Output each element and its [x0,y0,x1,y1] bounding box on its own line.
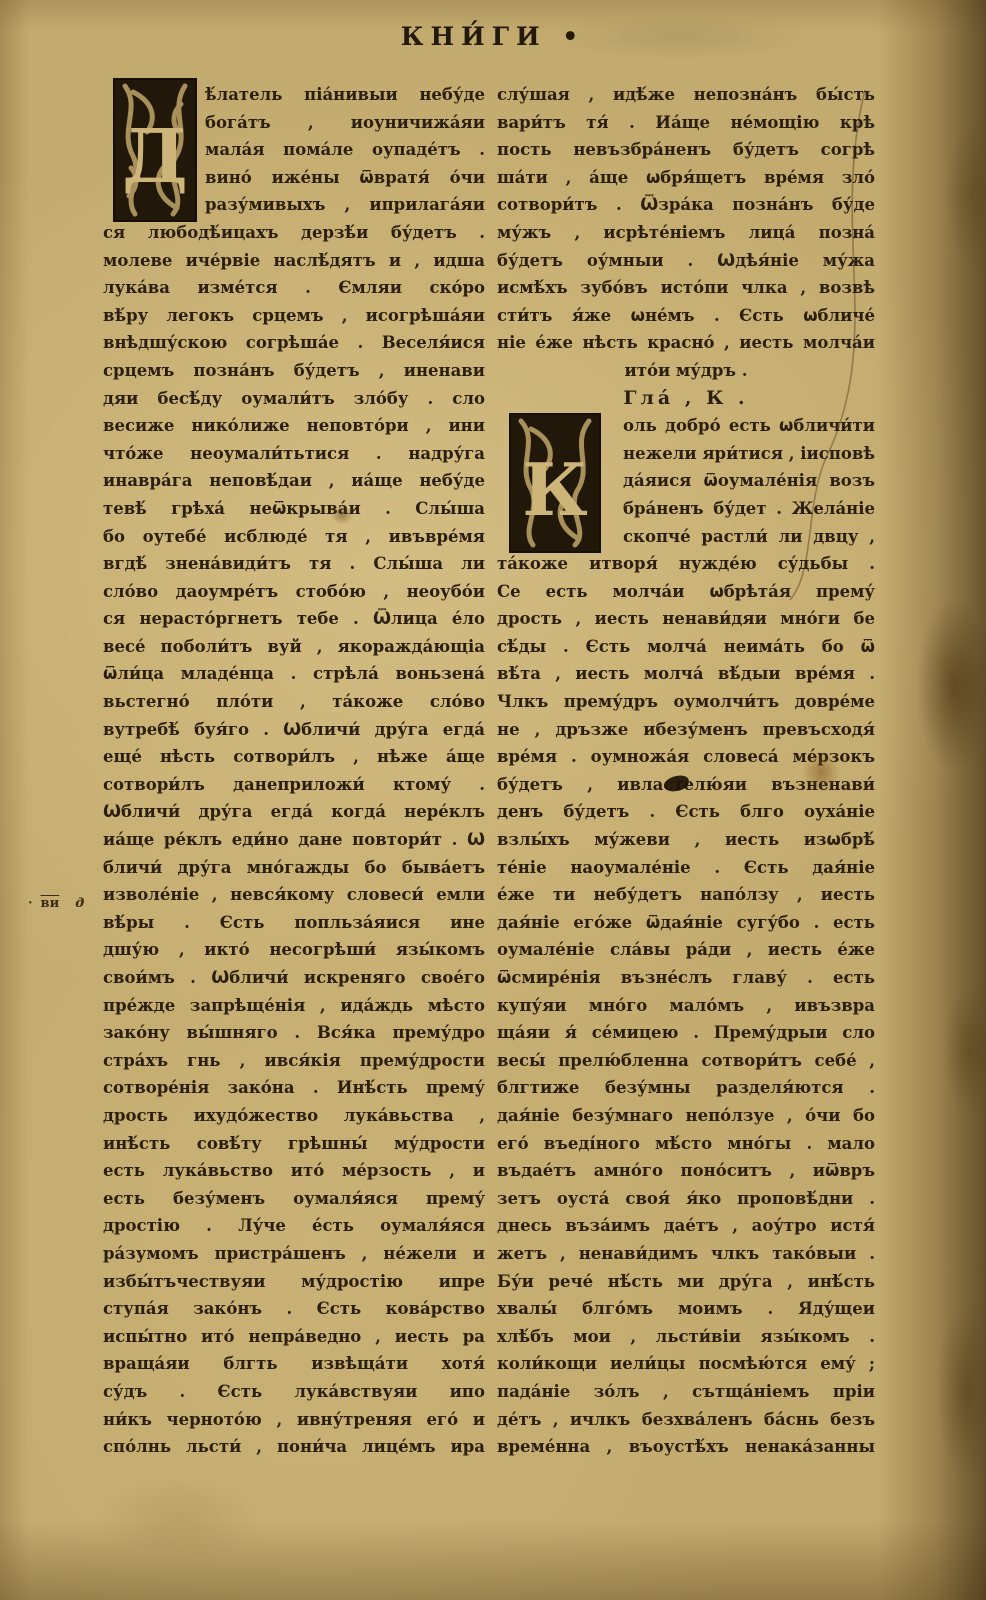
text-line: зако́ну вы́шняго . Вся́ка прему́дро [103,1019,485,1047]
text-line: Ѡбличи́ дру́га егда́ когда́ нере́клъ [103,798,485,826]
text-line: сотвори́лъ данеприложи́ ктому́ . [103,771,485,799]
paper-crack-line [770,80,890,610]
text-line: вутребѣ́ буя́го . Ѡбличи́ дру́га егда́ [103,716,485,744]
text-line: коли́кощи иели́цы посмѣю́тся ему́ ; [497,1350,875,1378]
text-line: ступа́я зако́нъ . Єсть кова́рство [103,1295,485,1323]
text-line: вѣ́ру легокъ срцемъ , исогрѣша́яи [103,302,485,330]
text-line: дая́ніе безу́мнаго непо́лзуе , о́чи бо [497,1102,875,1130]
text-line: хлѣ́бъ мои , льсти́віи язы́комъ . [497,1323,875,1351]
text-line: ща́яи я́ се́мицею . Прему́дрыи сло [497,1019,875,1047]
text-line: мала́я пома́ле оупаде́тъ . [205,136,485,164]
text-line: разу́мивыхъ , иприлага́яи [205,191,485,219]
text-line: есть лука́вьство ито́ ме́рзость , и [103,1157,485,1185]
drop-cap-initial-k: К [509,413,601,553]
text-line: тевѣ́ грѣха́ неѿкрыва́и . Слы́ша [103,495,485,523]
text-line: ѿли́ца младе́нца . стрѣла́ воньзена́ [103,660,485,688]
stain [916,598,986,773]
text-line: весе́ поболи́тъ вуй , якоражда́ющіа [103,633,485,661]
text-line: изволе́ніе , невся́кому словеси́ емли [103,881,485,909]
text-line: Бу́и рече́ нѣ́сть ми дру́га , инѣ́сть [497,1268,875,1296]
stain [936,1300,986,1480]
text-line: срцемъ позна́нъ бу́детъ , иненави [103,357,485,385]
text-line: враща́яи блгть извѣща́ти хотя́ [103,1350,485,1378]
text-line: су́дъ . Єсть лука́вствуяи ипо [103,1378,485,1406]
woodcut-initial-d: Д [113,78,197,222]
text-line: что́же неоумали́тьтися . надру́га [103,440,485,468]
text-line: дяи бесѣ́ду оумали́тъ зло́бу . сло [103,385,485,413]
text-line: дая́ніе его́же ѿдая́ніе сугу́бо . есть [497,909,875,937]
drop-cap-letter-d: Д [122,114,188,200]
text-line: вѣ́та , иесть молча́ вѣ́дыи вре́мя . [497,660,875,688]
text-line: вьстегно́ пло́ти , та́коже сло́во [103,688,485,716]
text-line: вгдѣ́ знена́види́тъ тя . Слы́ша ли [103,550,485,578]
text-line: лука́ва изме́тся . Ємляи ско́ро [103,274,485,302]
text-line: инавра́га неповѣ́даи , иа́ще небу́де [103,467,485,495]
text-line: стра́хъ гнь , ився́кія прему́дрости [103,1047,485,1075]
running-title: КНИ́ГИ • [0,22,986,51]
text-line: сотворе́нія зако́на . Инѣ́сть прему́ [103,1074,485,1102]
margin-note-ref2: д [75,896,84,911]
right-full-lines: та́коже итворя́ нужде́ю су́дьбы .Се есть… [497,550,875,1461]
text-line: не , дръзже ибезу́менъ превъсходя́ [497,716,875,744]
text-line: внѣдшу́скою согрѣша́е . Веселя́ися [103,329,485,357]
text-line: бличи́ дру́га мно́гажды бо быва́етъ [103,854,485,882]
text-line: де́тъ , ичлкъ безхва́ленъ ба́снь безъ [497,1406,875,1434]
text-line: купу́яи мно́го мало́мъ , ивъзвра [497,992,875,1020]
text-line: бо оутебе́ исблюде́ тя , ивъвре́мя [103,523,485,551]
text-line: бога́тъ , иоуничижа́яи [205,109,485,137]
text-line: весиже нико́лиже неповто́ри , ини [103,412,485,440]
text-line: есть безу́менъ оумаля́яся прему́ [103,1185,485,1213]
text-line: те́ніе наоумале́ніе . Єсть дая́ніе [497,854,875,882]
text-line: ни́къ черното́ю , ивну́треняя его́ и [103,1406,485,1434]
text-line: свои́мъ . Ѡбличи́ искреняго свое́го [103,964,485,992]
text-line: време́нна , въоустѣ́хъ ненака́занны [497,1433,875,1461]
text-line: вре́мя . оумножа́я словеса́ ме́рзокъ [497,743,875,771]
text-line: днесь въза́имъ дае́тъ , аоу́тро истя́ [497,1212,875,1240]
text-line: испы́тно ито́ непра́ведно , иесть ра [103,1323,485,1351]
text-line: ра́зумомъ пристра́шенъ , не́жели и [103,1240,485,1268]
text-line: избы́тъчествуяи му́дростію ипре [103,1268,485,1296]
text-line: ѣ́латель піа́нивыи небу́де [205,81,485,109]
text-line: спо́лнь льсти́ , пони́ча лице́мъ ира [103,1433,485,1461]
text-line: сѣ́ды . Єсть молча́ неима́ть бо ѿ [497,633,875,661]
text-line: пре́жде запрѣще́нія , ида́ждь мѣсто [103,992,485,1020]
stain [942,985,986,1115]
margin-note: ·вид [28,896,118,911]
text-line: весы́ прелю́бленна сотвори́тъ себе́ , [497,1047,875,1075]
text-line: иа́ще ре́клъ еди́но дане повтори́т . Ѡ [103,826,485,854]
text-line: ся нерасто́ргнетъ тебе . Ѿлица е́ло [103,605,485,633]
text-line: е́же ти небу́детъ напо́лзу , иесть [497,881,875,909]
text-line: ся любодѣ́ицахъ дерзѣ́и бу́детъ . [103,219,485,247]
stain [75,1462,285,1577]
text-line: жетъ , ненави́димъ члкъ тако́выи . [497,1240,875,1268]
text-line: вино́ иже́ны ѿвратя́ о́чи [205,164,485,192]
text-line: дростію . Лу́че е́сть оумаля́яся [103,1212,485,1240]
book-page: КНИ́ГИ • Д ѣ́латель піа́нивыи небу́дебог… [0,0,986,1600]
text-line: денъ бу́детъ . Єсть блго оуха́ніе [497,798,875,826]
text-line: оумале́ніе сла́вы ра́ди , иесть е́же [497,936,875,964]
text-line: сло́во даоумре́тъ стобо́ю , неоубо́и [103,578,485,606]
drop-cap-initial-d: Д [113,78,197,222]
drop-cap-letter-k: К [522,447,588,532]
text-line: бу́детъ , ивластелю́яи възненави́ [497,771,875,799]
woodcut-initial-k: К [509,413,601,553]
text-line: инѣ́сть совѣ́ту грѣшны́ му́дрости [103,1130,485,1158]
text-line: въдае́тъ амно́го поно́ситъ , иѿвръ [497,1157,875,1185]
text-line: зетъ оуста́ своя́ я́ко проповѣ́дни . [497,1185,875,1213]
margin-note-mark: · [28,896,33,911]
text-line: хвалы́ блго́мъ моимъ . Яду́щеи [497,1295,875,1323]
stain [945,120,986,270]
text-line: взлы́хъ му́жеви , иесть изѡбрѣ́ [497,826,875,854]
text-line: Члкъ прему́дръ оумолчи́тъ довре́ме [497,688,875,716]
text-line: еще́ нѣсть сотвори́лъ , нѣже а́ще [103,743,485,771]
text-line: его́ въеді́ного мѣ́сто мно́гы . мало [497,1130,875,1158]
margin-note-ref1: ви [41,896,60,911]
left-column: Д ѣ́латель піа́нивыи небу́дебога́тъ , ио… [103,81,485,1461]
text-line: дшу́ю , икто́ несогрѣши́ язы́комъ [103,936,485,964]
text-line: дрость ихудо́жество лука́вьства , [103,1102,485,1130]
text-line: ѿсмире́нія възне́слъ главу́ . есть [497,964,875,992]
text-line: молеве иче́рвіе наслѣ́дятъ и , идша [103,247,485,275]
text-line: пада́ніе зо́лъ , сътща́ніемъ пріи [497,1378,875,1406]
text-line: блгтиже безу́мны разделя́ются . [497,1074,875,1102]
left-full-lines: ся любодѣ́ицахъ дерзѣ́и бу́детъ .молеве … [103,219,485,1461]
text-line: вѣ́ры . Єсть попльза́яися ине [103,909,485,937]
